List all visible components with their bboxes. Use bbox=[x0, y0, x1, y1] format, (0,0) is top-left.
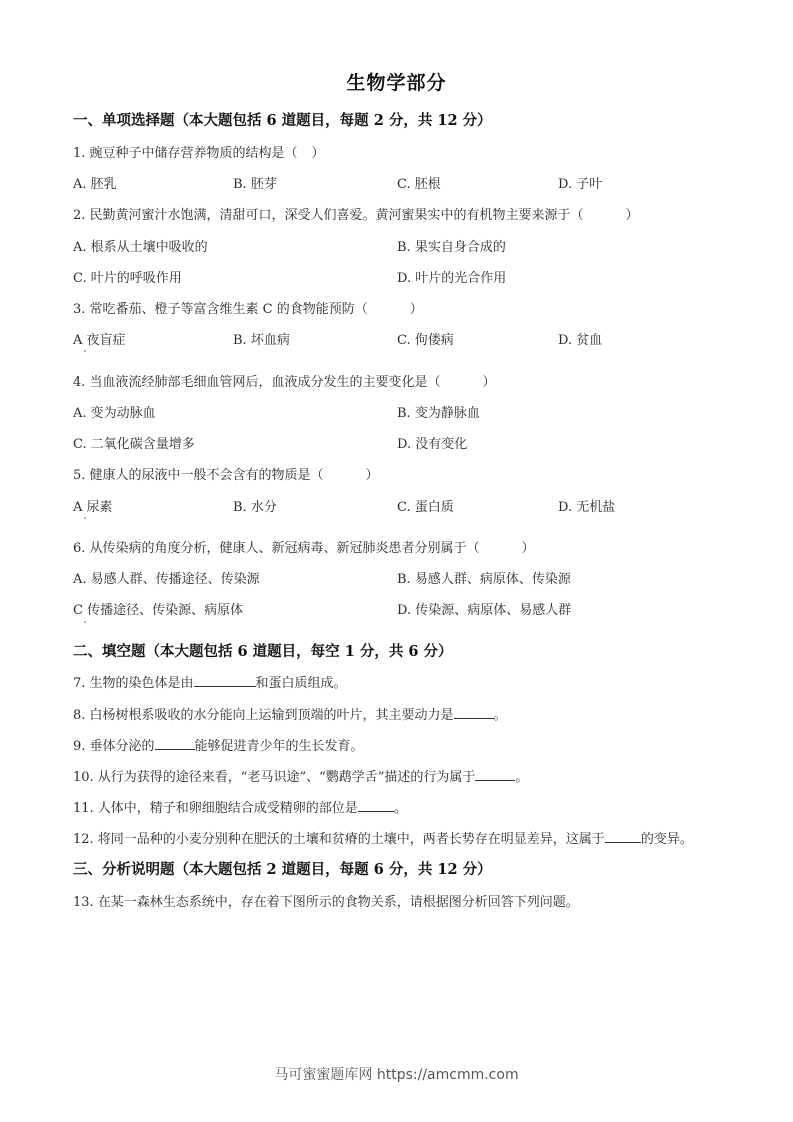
q4-option-d: D. 没有变化 bbox=[397, 433, 467, 452]
question-5-stem: 5. 健康人的尿液中一般不会含有的物质是（） bbox=[73, 464, 379, 483]
question-4-stem: 4. 当血液流经肺部毛细血管网后，血液成分发生的主要变化是（） bbox=[73, 371, 496, 390]
q4-option-a: A. 变为动脉血 bbox=[73, 402, 156, 421]
q4-option-b: B. 变为静脉血 bbox=[397, 402, 480, 421]
page-title: 生物学部分 bbox=[0, 68, 793, 95]
q3-option-c: C. 佝偻病 bbox=[397, 329, 454, 348]
question-7: 7. 生物的染色体是由和蛋白质组成。 bbox=[73, 672, 347, 691]
answer-blank bbox=[155, 737, 195, 750]
q6-option-c: C 传播途径、传染源、病原体 bbox=[73, 599, 243, 618]
q5-option-b: B. 水分 bbox=[233, 496, 277, 515]
stray-dot bbox=[84, 350, 86, 352]
section-heading-choice: 一、单项选择题（本大题包括 6 道题目，每题 2 分，共 12 分） bbox=[73, 109, 492, 130]
q2-option-d: D. 叶片的光合作用 bbox=[397, 267, 506, 286]
q5-option-a: A 尿素 bbox=[73, 496, 113, 515]
q3-option-d: D. 贫血 bbox=[558, 329, 602, 348]
q6-option-a: A. 易感人群、传播途径、传染源 bbox=[73, 568, 260, 587]
q4-option-c: C. 二氧化碳含量增多 bbox=[73, 433, 195, 452]
stray-dot bbox=[84, 621, 86, 623]
question-9: 9. 垂体分泌的能够促进青少年的生长发育。 bbox=[73, 735, 364, 754]
question-12: 12. 将同一品种的小麦分别种在肥沃的土壤和贫瘠的土壤中，两者长势存在明显差异，… bbox=[73, 828, 693, 847]
q6-option-d: D. 传染源、病原体、易感人群 bbox=[397, 599, 571, 618]
question-10: 10. 从行为获得的途径来看，“老马识途”、“鹦鹉学舌”描述的行为属于。 bbox=[73, 766, 528, 785]
question-11: 11. 人体中，精子和卵细胞结合成受精卵的部位是。 bbox=[73, 797, 407, 816]
q2-option-b: B. 果实自身合成的 bbox=[397, 236, 506, 255]
question-8: 8. 白杨树根系吸收的水分能向上运输到顶端的叶片，其主要动力是。 bbox=[73, 704, 507, 723]
q1-option-b: B. 胚芽 bbox=[233, 173, 277, 192]
q5-option-d: D. 无机盐 bbox=[558, 496, 615, 515]
q2-option-c: C. 叶片的呼吸作用 bbox=[73, 267, 182, 286]
answer-blank bbox=[454, 706, 494, 719]
q5-option-c: C. 蛋白质 bbox=[397, 496, 454, 515]
q3-option-b: B. 坏血病 bbox=[233, 329, 290, 348]
q6-option-b: B. 易感人群、病原体、传染源 bbox=[397, 568, 571, 587]
q1-option-d: D. 子叶 bbox=[558, 173, 602, 192]
footer-watermark: 马可蜜蜜题库网 https://amcmm.com bbox=[0, 1064, 793, 1084]
section-heading-analysis: 三、分析说明题（本大题包括 2 道题目，每题 6 分，共 12 分） bbox=[73, 858, 492, 879]
answer-blank bbox=[194, 674, 256, 687]
question-13: 13. 在某一森林生态系统中，存在着下图所示的食物关系，请根据图分析回答下列问题… bbox=[73, 891, 579, 910]
q1-option-a: A. 胚乳 bbox=[73, 173, 117, 192]
q3-option-a: A 夜盲症 bbox=[73, 329, 126, 348]
answer-blank bbox=[358, 799, 394, 812]
q1-option-c: C. 胚根 bbox=[397, 173, 441, 192]
question-1-stem: 1. 豌豆种子中储存营养物质的结构是（） bbox=[73, 142, 325, 161]
q2-option-a: A. 根系从土壤中吸收的 bbox=[73, 236, 208, 255]
question-6-stem: 6. 从传染病的角度分析，健康人、新冠病毒、新冠肺炎患者分别属于（） bbox=[73, 537, 535, 556]
section-heading-fill-blank: 二、填空题（本大题包括 6 道题目，每空 1 分，共 6 分） bbox=[73, 640, 453, 661]
question-2-stem: 2. 民勤黄河蜜汁水饱满，清甜可口，深受人们喜爱。黄河蜜果实中的有机物主要来源于… bbox=[73, 204, 639, 223]
stray-dot bbox=[84, 517, 86, 519]
answer-blank bbox=[475, 768, 515, 781]
answer-blank bbox=[605, 830, 641, 843]
question-3-stem: 3. 常吃番茄、橙子等富含维生素 C 的食物能预防（） bbox=[73, 298, 423, 317]
